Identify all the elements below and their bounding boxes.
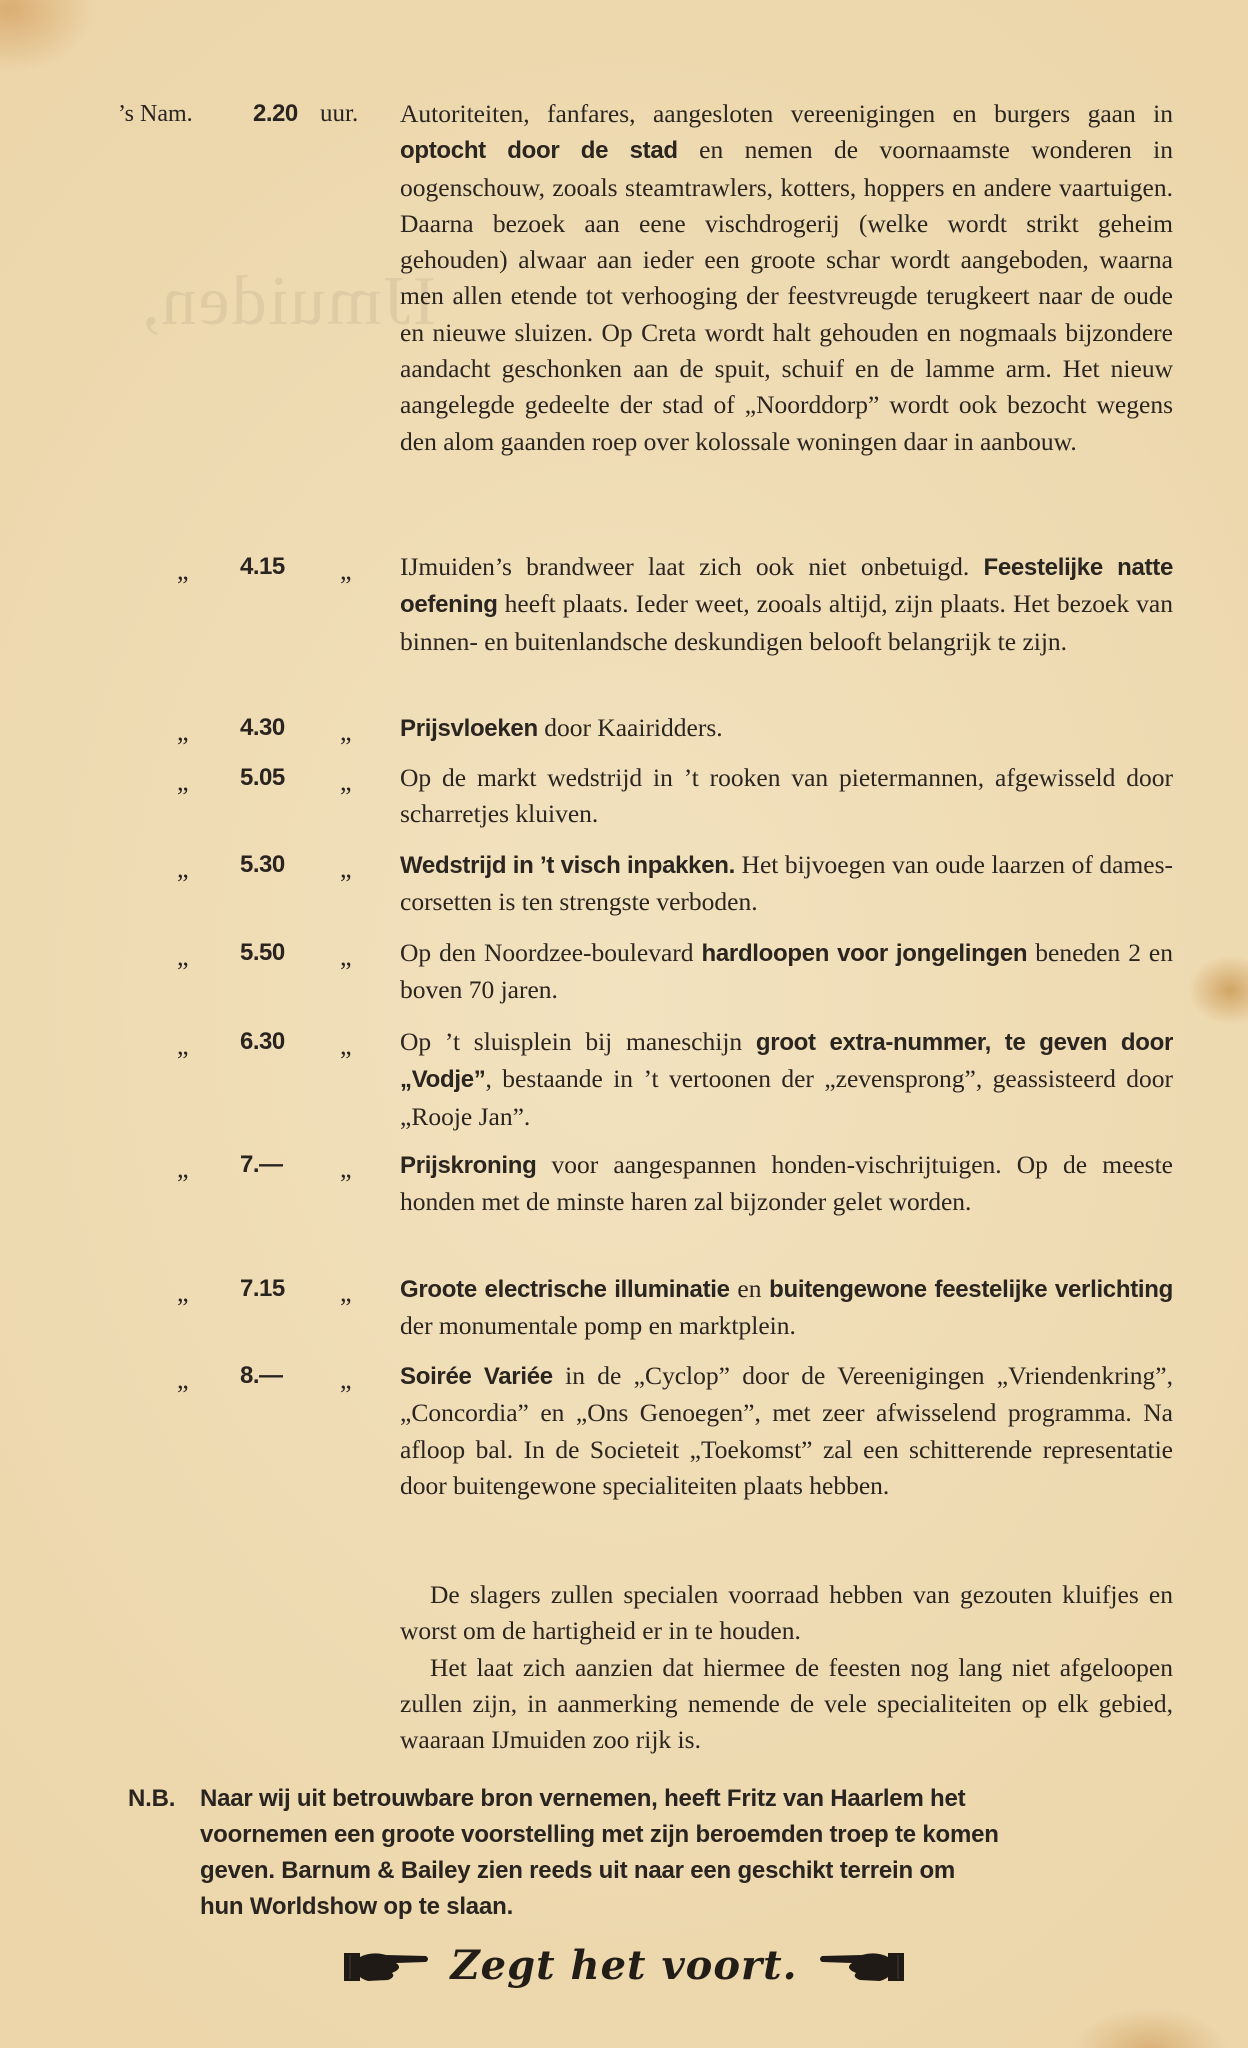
entry-description: Soirée Variée in de „Cyclop” door de Ver…	[400, 1358, 1173, 1504]
entry-time: 7.15	[240, 1271, 330, 1307]
ditto-mark: „	[177, 764, 189, 800]
nb-label: N.B.	[128, 1781, 175, 1817]
entry-description: Prijskroning voor aangespannen honden-vi…	[400, 1147, 1173, 1221]
entry-time: 6.30	[240, 1024, 330, 1060]
ditto-mark: „	[340, 1275, 352, 1311]
closing-paragraphs: De slagers zullen specialen voorraad heb…	[400, 1577, 1173, 1758]
slogan: Zegt het voort.	[450, 1942, 797, 1989]
highlight-text: Soirée Variée	[400, 1363, 553, 1390]
entry-description: Op de markt wedstrijd in ’t rooken van p…	[400, 760, 1173, 833]
highlight-text: Prijsvloeken	[400, 715, 538, 742]
show-through-text: IJmuiden,	[140, 262, 436, 342]
pointing-hand-right-icon	[342, 1947, 432, 1985]
entry-description: Prijsvloeken door Kaairidders.	[400, 710, 1173, 747]
highlight-text: Wedstrijd in ’t visch inpakken.	[400, 852, 735, 879]
highlight-text: Prijskroning	[400, 1152, 536, 1179]
ditto-mark: „	[177, 1151, 189, 1187]
highlight-text: Groote electrische illuminatie	[400, 1276, 730, 1303]
entry-description: Autoriteiten, fanfares, aangesloten vere…	[400, 96, 1173, 460]
highlight-text: buitengewone feestelijke verlichting	[769, 1276, 1173, 1303]
body-text: Op ’t sluisplein bij maneschijn	[400, 1027, 756, 1056]
highlight-text: optocht door de stad	[400, 137, 678, 164]
ditto-mark: „	[340, 714, 352, 750]
ditto-mark: „	[177, 851, 189, 887]
body-text: en	[730, 1274, 769, 1303]
pointing-hand-left-icon	[816, 1947, 906, 1985]
entry-description: Groote electrische illuminatie en buiten…	[400, 1271, 1173, 1345]
body-text: heeft plaats. Ieder weet, zooals altijd,…	[400, 589, 1173, 655]
entry-description: Wedstrijd in ’t visch inpakken. Het bijv…	[400, 847, 1173, 921]
ditto-mark: „	[340, 764, 352, 800]
ditto-mark: „	[340, 553, 352, 589]
ditto-mark: „	[340, 1362, 352, 1398]
entry-time: 5.50	[240, 935, 330, 971]
entry-time: 7.—	[240, 1147, 330, 1183]
ditto-mark: „	[177, 714, 189, 750]
ditto-mark: „	[340, 939, 352, 975]
closing-paragraph-festivities: Het laat zich aanzien dat hiermee de fee…	[400, 1650, 1173, 1759]
body-text: der monumentale pomp en marktplein.	[400, 1311, 796, 1340]
highlight-text: hardloopen voor jongelingen	[702, 940, 1028, 967]
ditto-mark: „	[177, 553, 189, 589]
closing-paragraph-butchers: De slagers zullen specialen voorraad heb…	[400, 1577, 1173, 1650]
entry-time: 5.05	[240, 760, 330, 796]
ditto-mark: „	[177, 939, 189, 975]
footer-slogan-row: Zegt het voort.	[0, 1942, 1248, 2002]
entry-time: 5.30	[240, 847, 330, 883]
entry-description: Op ’t sluisplein bij maneschijn groot ex…	[400, 1024, 1173, 1135]
entry-description: Op den Noordzee-boulevard hardloopen voo…	[400, 935, 1173, 1009]
ditto-mark: „	[340, 1028, 352, 1064]
entry-time: 4.30	[240, 710, 330, 746]
entry-time: 4.15	[240, 549, 330, 585]
body-text: , bestaande in ’t vertoonen der „zeven­s…	[400, 1064, 1173, 1130]
ditto-mark: „	[177, 1028, 189, 1064]
day-label: ’s Nam.	[118, 96, 193, 132]
ditto-mark: „	[340, 1151, 352, 1187]
nb-text: Naar wij uit betrouwbare bron vernemen, …	[200, 1781, 1248, 1925]
body-text: en nemen de voornaamste wonderen in ooge…	[400, 135, 1173, 455]
body-text: door Kaairidders.	[538, 713, 723, 742]
ditto-mark: „	[177, 1362, 189, 1398]
body-text: Op den Noordzee-boulevard	[400, 938, 702, 967]
ditto-mark: „	[177, 1275, 189, 1311]
time-unit: uur.	[320, 96, 358, 132]
body-text: Op de markt wedstrijd in ’t rooken van p…	[400, 763, 1173, 828]
entry-description: IJmuiden’s brandweer laat zich ook niet …	[400, 549, 1173, 660]
body-text: Autoriteiten, fanfares, aangesloten vere…	[400, 99, 1173, 128]
ditto-mark: „	[340, 851, 352, 887]
entry-time: 8.—	[240, 1358, 330, 1394]
body-text: IJmuiden’s brandweer laat zich ook niet …	[400, 552, 983, 581]
